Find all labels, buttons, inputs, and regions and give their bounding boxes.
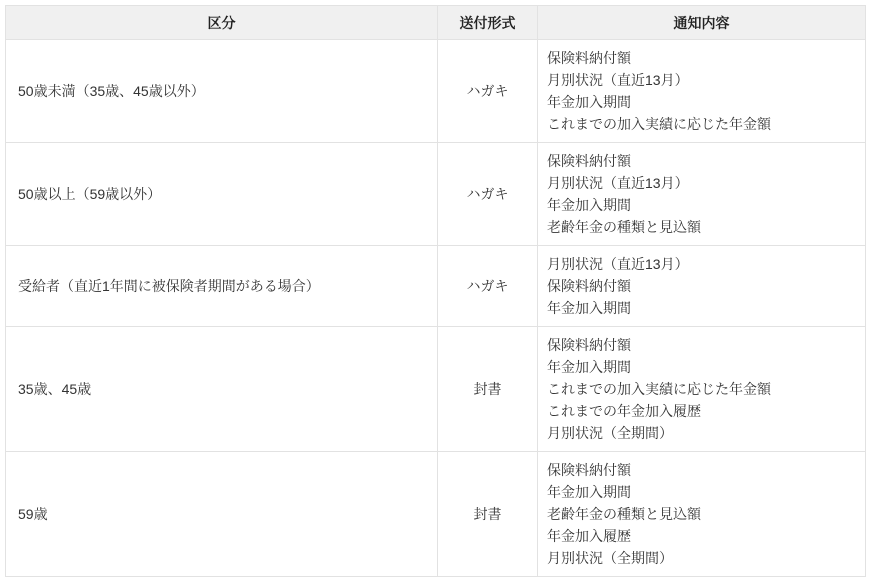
header-row: 区分 送付形式 通知内容 <box>6 6 866 40</box>
table-row: 59歳 封書 保険料納付額年金加入期間老齢年金の種類と見込額年金加入履歴月別状況… <box>6 452 866 577</box>
table-header: 区分 送付形式 通知内容 <box>6 6 866 40</box>
content-line: これまでの加入実績に応じた年金額 <box>547 378 856 400</box>
category-cell: 50歳以上（59歳以外） <box>6 143 438 246</box>
format-cell: 封書 <box>438 327 538 452</box>
format-cell: ハガキ <box>438 143 538 246</box>
table-row: 50歳以上（59歳以外） ハガキ 保険料納付額月別状況（直近13月）年金加入期間… <box>6 143 866 246</box>
table-row: 50歳未満（35歳、45歳以外） ハガキ 保険料納付額月別状況（直近13月）年金… <box>6 40 866 143</box>
page: 区分 送付形式 通知内容 50歳未満（35歳、45歳以外） ハガキ 保険料納付額… <box>0 0 870 582</box>
format-cell: ハガキ <box>438 40 538 143</box>
content-cell: 保険料納付額年金加入期間これまでの加入実績に応じた年金額これまでの年金加入履歴月… <box>538 327 866 452</box>
content-line: 年金加入期間 <box>547 297 856 319</box>
content-line: 老齢年金の種類と見込額 <box>547 216 856 238</box>
content-cell: 保険料納付額年金加入期間老齢年金の種類と見込額年金加入履歴月別状況（全期間） <box>538 452 866 577</box>
table-body: 50歳未満（35歳、45歳以外） ハガキ 保険料納付額月別状況（直近13月）年金… <box>6 40 866 577</box>
content-line: 月別状況（直近13月） <box>547 253 856 275</box>
category-cell: 59歳 <box>6 452 438 577</box>
content-line: 年金加入期間 <box>547 481 856 503</box>
content-line: 保険料納付額 <box>547 459 856 481</box>
content-line: 保険料納付額 <box>547 275 856 297</box>
notification-table: 区分 送付形式 通知内容 50歳未満（35歳、45歳以外） ハガキ 保険料納付額… <box>5 5 866 577</box>
content-line: 老齢年金の種類と見込額 <box>547 503 856 525</box>
content-line: 年金加入期間 <box>547 194 856 216</box>
content-line: 月別状況（全期間） <box>547 422 856 444</box>
content-cell: 月別状況（直近13月）保険料納付額年金加入期間 <box>538 246 866 327</box>
content-line: 年金加入期間 <box>547 91 856 113</box>
content-line: これまでの年金加入履歴 <box>547 400 856 422</box>
content-cell: 保険料納付額月別状況（直近13月）年金加入期間老齢年金の種類と見込額 <box>538 143 866 246</box>
content-line: 月別状況（全期間） <box>547 547 856 569</box>
header-content: 通知内容 <box>538 6 866 40</box>
content-line: 保険料納付額 <box>547 47 856 69</box>
content-line: これまでの加入実績に応じた年金額 <box>547 113 856 135</box>
table-row: 受給者（直近1年間に被保険者期間がある場合） ハガキ 月別状況（直近13月）保険… <box>6 246 866 327</box>
table-row: 35歳、45歳 封書 保険料納付額年金加入期間これまでの加入実績に応じた年金額こ… <box>6 327 866 452</box>
header-category: 区分 <box>6 6 438 40</box>
category-cell: 50歳未満（35歳、45歳以外） <box>6 40 438 143</box>
format-cell: 封書 <box>438 452 538 577</box>
content-line: 月別状況（直近13月） <box>547 69 856 91</box>
content-line: 保険料納付額 <box>547 150 856 172</box>
content-cell: 保険料納付額月別状況（直近13月）年金加入期間これまでの加入実績に応じた年金額 <box>538 40 866 143</box>
content-line: 月別状況（直近13月） <box>547 172 856 194</box>
content-line: 保険料納付額 <box>547 334 856 356</box>
content-line: 年金加入履歴 <box>547 525 856 547</box>
header-format: 送付形式 <box>438 6 538 40</box>
content-line: 年金加入期間 <box>547 356 856 378</box>
category-cell: 35歳、45歳 <box>6 327 438 452</box>
format-cell: ハガキ <box>438 246 538 327</box>
category-cell: 受給者（直近1年間に被保険者期間がある場合） <box>6 246 438 327</box>
